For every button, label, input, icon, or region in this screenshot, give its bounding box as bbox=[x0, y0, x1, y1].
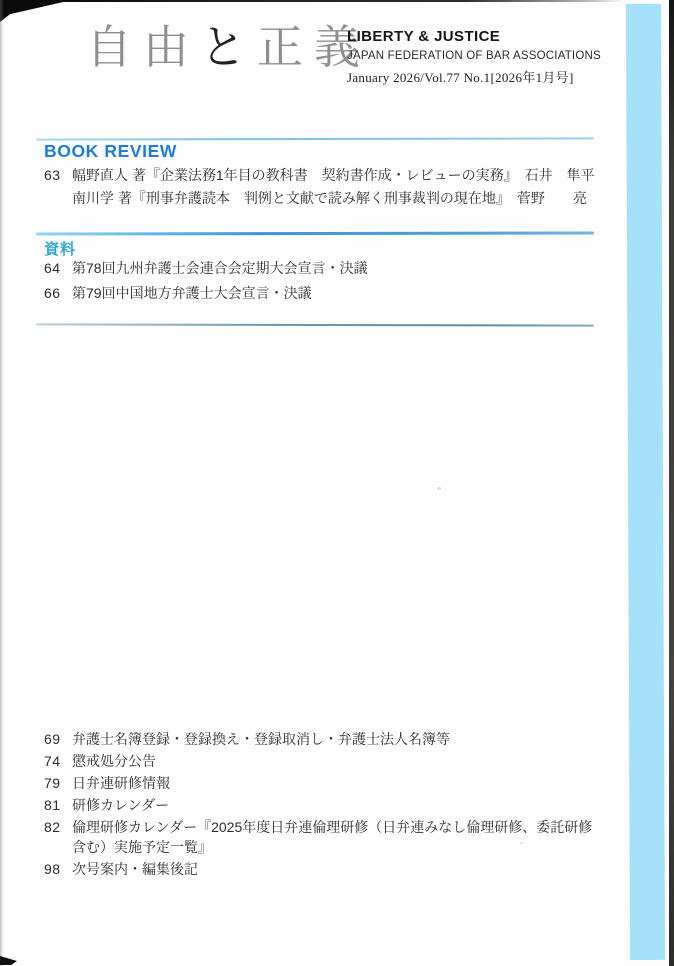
entry-text: 第79回中国地方弁護士大会宣言・決議 bbox=[72, 283, 604, 303]
toc-entry: 69 弁護士名簿登録・登録換え・登録取消し・弁護士法人名簿等 bbox=[44, 729, 600, 749]
publisher-line: JAPAN FEDERATION OF BAR ASSOCIATIONS bbox=[347, 50, 601, 62]
scanned-page: 自由と正義 LIBERTY & JUSTICE JAPAN FEDERATION… bbox=[0, 0, 674, 966]
page-number: 74 bbox=[44, 751, 72, 771]
masthead-right: LIBERTY & JUSTICE JAPAN FEDERATION OF BA… bbox=[347, 28, 601, 86]
page-number: 98 bbox=[44, 859, 72, 879]
scan-speckle bbox=[437, 487, 441, 490]
toc-entry: 66 第79回中国地方弁護士大会宣言・決議 bbox=[44, 283, 604, 303]
page-number: 81 bbox=[44, 795, 72, 815]
scan-bottom-mark bbox=[0, 956, 17, 965]
toc-entry: 63 幅野直人 著『企業法務1年目の教科書 契約書作成・レビューの実務』 石井 … bbox=[44, 165, 616, 185]
entry-text: 懲戒処分公告 bbox=[72, 751, 600, 771]
bookreview-heading: BOOK REVIEW bbox=[44, 141, 177, 162]
entry-text: 第78回九州弁護士会連合会定期大会宣言・決議 bbox=[72, 258, 604, 278]
toc-entry: 74 懲戒処分公告 bbox=[44, 751, 600, 771]
toc-entry: 南川学 著『刑事弁護読本 判例と文献で読み解く刑事裁判の現在地』 菅野 亮 bbox=[44, 188, 616, 208]
entry-text: 幅野直人 著『企業法務1年目の教科書 契約書作成・レビューの実務』 石井 隼平 bbox=[72, 165, 616, 185]
scan-edge-top bbox=[0, 0, 624, 2]
page-number: 66 bbox=[44, 283, 72, 303]
toc-entry: 98 次号案内・編集後記 bbox=[44, 859, 600, 879]
shiryo-entries: 64 第78回九州弁護士会連合会定期大会宣言・決議 66 第79回中国地方弁護士… bbox=[44, 258, 604, 308]
magazine-title-part2: と bbox=[200, 21, 257, 73]
entry-text: 弁護士名簿登録・登録換え・登録取消し・弁護士法人名簿等 bbox=[72, 729, 600, 749]
entry-text: 研修カレンダー bbox=[72, 795, 600, 815]
toc-entry: 79 日弁連研修情報 bbox=[44, 773, 600, 793]
entry-text: 次号案内・編集後記 bbox=[72, 859, 600, 879]
entry-text: 倫理研修カレンダー『2025年度日弁連倫理研修（日弁連みなし倫理研修、委託研修含… bbox=[72, 817, 600, 857]
magazine-title: 自由と正義 bbox=[86, 22, 371, 73]
issue-line: January 2026/Vol.77 No.1[2026年1月号] bbox=[347, 67, 601, 86]
english-title: LIBERTY & JUSTICE bbox=[347, 28, 601, 45]
backmatter-entries: 69 弁護士名簿登録・登録換え・登録取消し・弁護士法人名簿等 74 懲戒処分公告… bbox=[44, 729, 600, 881]
entry-text: 南川学 著『刑事弁護読本 判例と文献で読み解く刑事裁判の現在地』 菅野 亮 bbox=[72, 188, 616, 208]
toc-entry: 81 研修カレンダー bbox=[44, 795, 600, 815]
toc-entry: 64 第78回九州弁護士会連合会定期大会宣言・決議 bbox=[44, 258, 604, 278]
page-number: 64 bbox=[44, 258, 72, 278]
page-number: 82 bbox=[44, 817, 72, 837]
section-rule-shiryo bbox=[36, 232, 594, 236]
page-edge-cyan-band bbox=[626, 4, 665, 960]
bookreview-entries: 63 幅野直人 著『企業法務1年目の教科書 契約書作成・レビューの実務』 石井 … bbox=[44, 165, 616, 211]
scan-edge-right bbox=[669, 0, 674, 966]
page-number: 69 bbox=[44, 729, 72, 749]
scan-edge-left bbox=[0, 0, 4, 966]
toc-entry: 82 倫理研修カレンダー『2025年度日弁連倫理研修（日弁連みなし倫理研修、委託… bbox=[44, 817, 600, 857]
entry-text: 日弁連研修情報 bbox=[72, 773, 600, 793]
shiryo-heading: 資料 bbox=[44, 238, 76, 259]
scan-corner-mark bbox=[0, 0, 72, 22]
magazine-title-part1: 自由 bbox=[86, 21, 200, 73]
page-number: 63 bbox=[44, 165, 72, 185]
page-number: 79 bbox=[44, 773, 72, 793]
section-rule-end bbox=[36, 323, 594, 326]
